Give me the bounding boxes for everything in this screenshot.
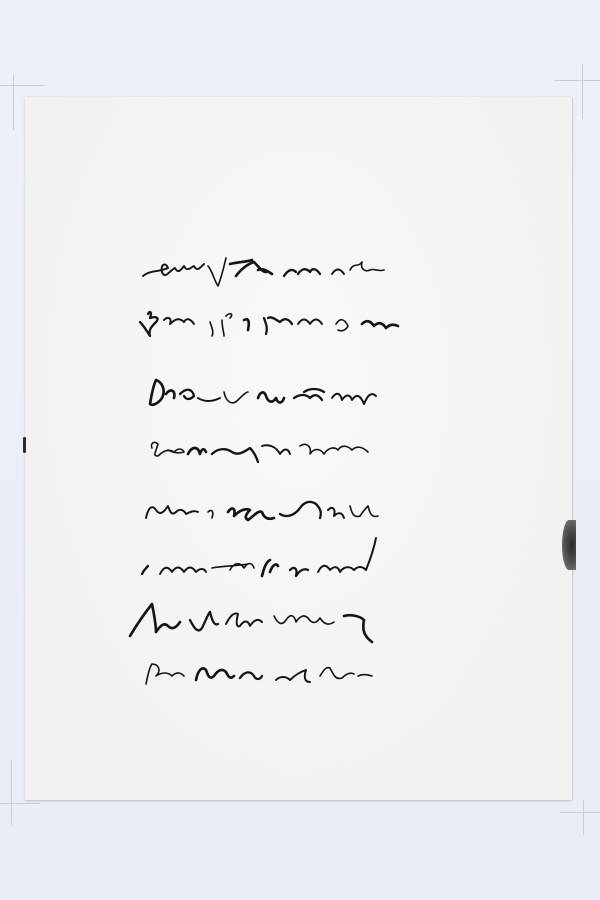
ink-stroke	[196, 668, 234, 680]
ink-stroke	[320, 667, 372, 678]
ink-stroke	[226, 613, 262, 626]
ink-stroke	[362, 321, 398, 328]
ink-stroke	[264, 317, 292, 334]
ink-stroke	[140, 312, 158, 336]
ink-stroke	[198, 398, 220, 401]
ink-stroke	[298, 320, 322, 325]
ink-stroke	[164, 318, 194, 324]
ink-stroke	[212, 448, 258, 462]
ink-stroke	[143, 264, 204, 276]
ink-stroke	[142, 566, 148, 574]
ink-stroke	[258, 392, 284, 402]
writing-line-7	[130, 604, 372, 642]
ink-stroke	[332, 270, 344, 275]
ink-stroke	[228, 509, 274, 520]
ink-stroke	[230, 260, 272, 276]
ink-stroke	[212, 564, 254, 571]
writing-line-8	[146, 664, 372, 684]
ink-stroke	[180, 390, 194, 399]
ink-stroke	[146, 506, 198, 518]
ink-stroke	[262, 560, 278, 576]
writing-line-3	[150, 380, 376, 405]
ink-stroke	[274, 616, 334, 624]
ink-stroke	[150, 380, 174, 405]
ink-stroke	[160, 568, 206, 575]
ink-stroke	[188, 448, 206, 454]
ink-stroke	[190, 612, 218, 630]
ink-stroke	[244, 319, 249, 330]
ink-stroke	[350, 262, 384, 271]
asemic-writing	[0, 0, 600, 900]
ink-stroke	[328, 508, 344, 518]
ink-stroke	[130, 604, 180, 636]
ink-stroke	[210, 314, 232, 336]
ink-stroke	[262, 445, 290, 454]
ink-stroke	[332, 394, 376, 404]
ink-stroke	[294, 389, 324, 400]
writing-line-5	[146, 502, 378, 520]
ink-stroke	[344, 615, 372, 642]
ink-stroke	[290, 568, 308, 576]
ink-stroke	[146, 664, 184, 684]
ink-stroke	[336, 320, 348, 331]
ink-stroke	[280, 502, 321, 518]
ink-stroke	[284, 269, 320, 276]
ink-stroke	[276, 670, 310, 682]
writing-line-6	[142, 538, 376, 576]
ink-stroke	[224, 392, 248, 403]
ink-stroke	[318, 538, 376, 572]
writing-line-4	[151, 442, 368, 462]
writing-line-2	[140, 312, 398, 336]
ink-stroke	[300, 444, 368, 454]
ink-stroke	[240, 672, 262, 679]
ink-stroke	[208, 510, 213, 518]
writing-line-1	[143, 258, 384, 286]
ink-stroke	[151, 442, 184, 456]
ink-stroke	[350, 506, 378, 517]
ink-stroke	[208, 258, 226, 286]
